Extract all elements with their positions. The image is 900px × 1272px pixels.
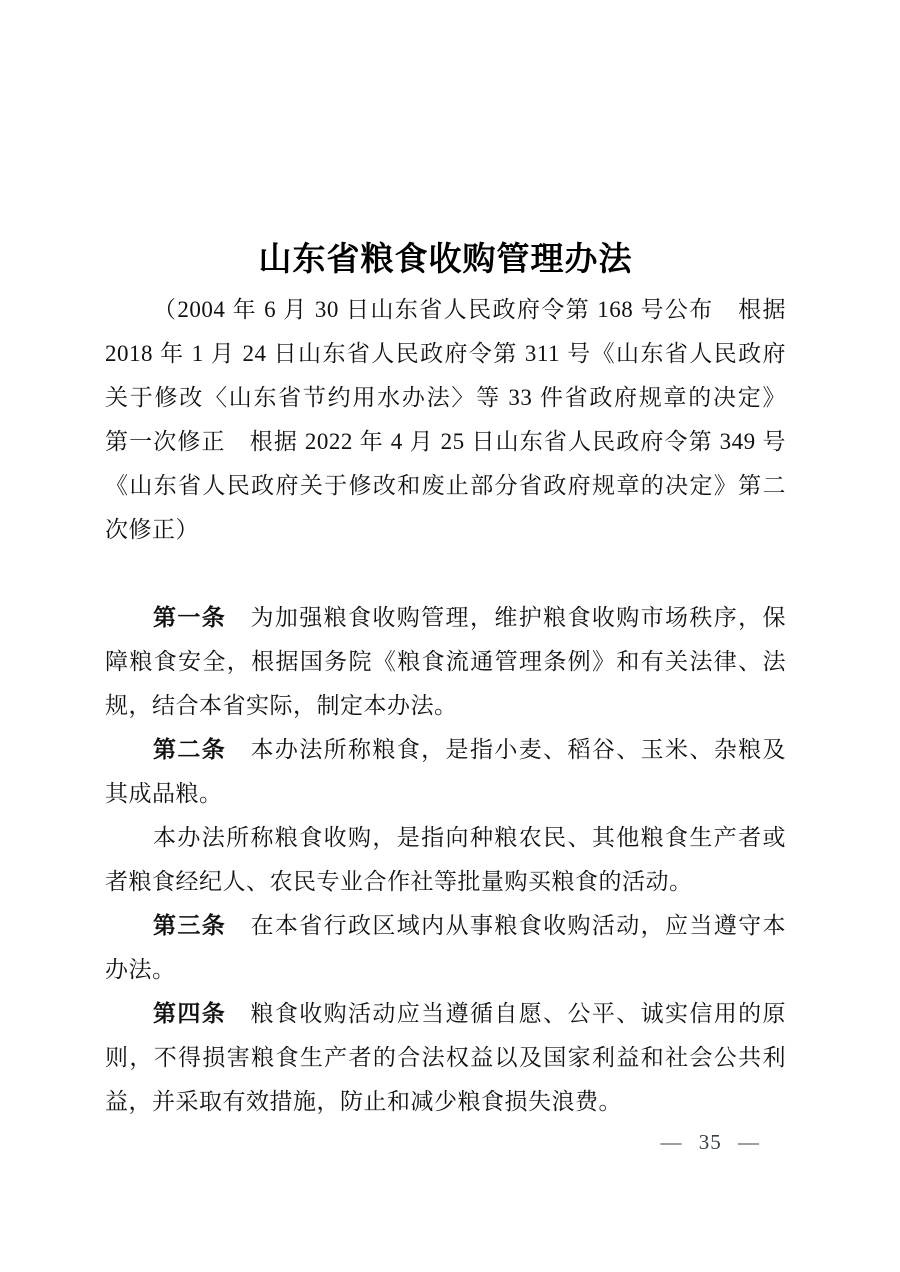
document-body: （2004 年 6 月 30 日山东省人民政府令第 168 号公布 根据2018… [105,288,786,1124]
document-content: 山东省粮食收购管理办法 （2004 年 6 月 30 日山东省人民政府令第 16… [105,238,786,1124]
text-line: 障粮食安全，根据国务院《粮食流通管理条例》和有关法律、法 [105,640,786,684]
text-line: 则，不得损害粮食生产者的合法权益以及国家利益和社会公共利 [105,1036,786,1080]
page-number: — 35 — [661,1129,761,1155]
article-number: 第三条 [153,913,226,938]
text-line: 者粮食经纪人、农民专业合作社等批量购买粮食的活动。 [105,860,786,904]
text-line: 第二条 本办法所称粮食，是指小麦、稻谷、玉米、杂粮及 [105,728,786,772]
text-line: 2018 年 1 月 24 日山东省人民政府令第 311 号《山东省人民政府 [105,332,786,376]
text-line: 本办法所称粮食收购，是指向种粮农民、其他粮食生产者或 [105,816,786,860]
text-line: 关于修改〈山东省节约用水办法〉等 33 件省政府规章的决定》 [105,376,786,420]
text-line: 办法。 [105,948,786,992]
text-line: 第三条 在本省行政区域内从事粮食收购活动，应当遵守本 [105,904,786,948]
text-line: 其成品粮。 [105,772,786,816]
text-line: 第一条 为加强粮食收购管理，维护粮食收购市场秩序，保 [105,596,786,640]
text-line: 规，结合本省实际，制定本办法。 [105,684,786,728]
text-line: 第一次修正 根据 2022 年 4 月 25 日山东省人民政府令第 349 号 [105,420,786,464]
text-line: 《山东省人民政府关于修改和废止部分省政府规章的决定》第二 [105,464,786,508]
document-title: 山东省粮食收购管理办法 [105,238,786,282]
text-line: 益，并采取有效措施，防止和减少粮食损失浪费。 [105,1080,786,1124]
paragraph-gap [105,552,786,596]
article-number: 第一条 [153,605,226,630]
article-number: 第二条 [153,737,226,762]
article-number: 第四条 [153,1001,226,1026]
document-page: 山东省粮食收购管理办法 （2004 年 6 月 30 日山东省人民政府令第 16… [0,0,900,1272]
text-line: 第四条 粮食收购活动应当遵循自愿、公平、诚实信用的原 [105,992,786,1036]
text-line: 次修正） [105,508,786,552]
text-line: （2004 年 6 月 30 日山东省人民政府令第 168 号公布 根据 [105,288,786,332]
